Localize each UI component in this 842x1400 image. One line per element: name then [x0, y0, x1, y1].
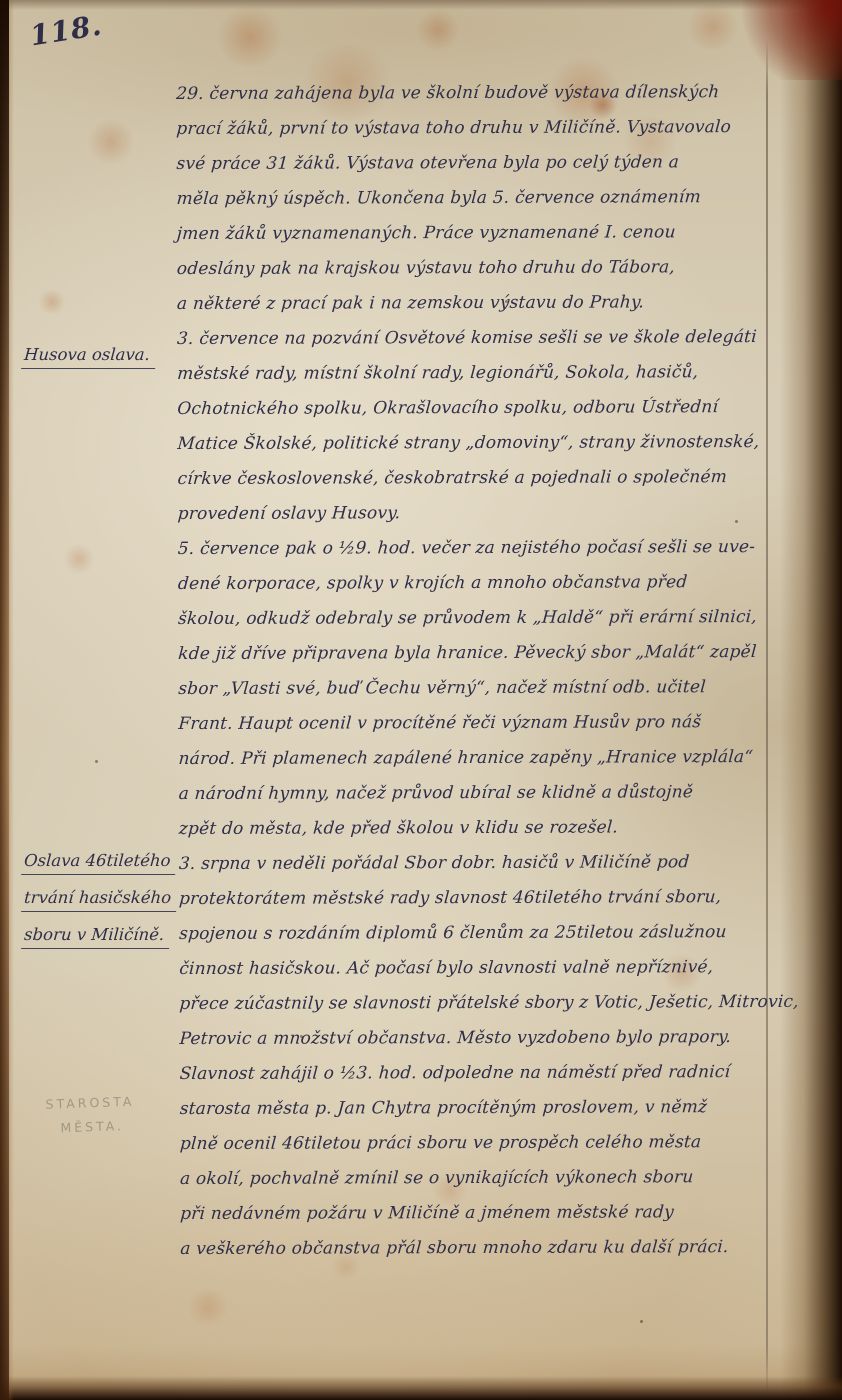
- stain: [38, 290, 66, 314]
- text-line: církve československé, českobratrské a p…: [176, 460, 778, 497]
- margin-note-oslava-sboru: Oslava 46tiletého trvání hasičského sbor…: [22, 850, 182, 961]
- stain: [685, 5, 740, 49]
- text-line: 5. července pak o ½9. hod. večer za neji…: [177, 530, 779, 567]
- stain: [185, 1290, 231, 1324]
- book-binding-edge: [0, 0, 9, 1400]
- text-line: starosta města p. Jan Chytra procítěným …: [179, 1090, 781, 1127]
- text-line: Slavnost zahájil o ½3. hod. odpoledne na…: [178, 1055, 780, 1092]
- text-line: městské rady, místní školní rady, legion…: [176, 355, 778, 392]
- text-line: při nedávném požáru v Miličíně a jménem …: [179, 1195, 781, 1232]
- text-line: 3. srpna v neděli pořádal Sbor dobr. has…: [178, 845, 780, 882]
- text-line: sbor „Vlasti své, buď Čechu věrný“, nače…: [177, 670, 779, 707]
- stain: [86, 120, 136, 164]
- text-line: Matice Školské, politické strany „domovi…: [176, 425, 778, 462]
- text-line: národ. Při plamenech zapálené hranice za…: [177, 740, 779, 777]
- scan-edge-bottom: [0, 1376, 842, 1400]
- margin-note-starosta-pencil: STAROSTA MĚSTA.: [45, 1087, 207, 1141]
- text-line: provedení oslavy Husovy.: [177, 495, 779, 532]
- text-line: měla pěkný úspěch. Ukončena byla 5. červ…: [175, 180, 777, 217]
- text-line: Petrovic a množství občanstva. Město vyz…: [178, 1020, 780, 1057]
- text-line: školou, odkudž odebraly se průvodem k „H…: [177, 600, 779, 637]
- scan-edge-right: [780, 0, 842, 1400]
- text-line: jmen žáků vyznamenaných. Práce vyznamena…: [176, 215, 778, 252]
- margin-note-line: sboru v Miličíně.: [21, 924, 171, 949]
- text-line: 29. června zahájena byla ve školní budov…: [175, 75, 777, 112]
- text-line: plně ocenil 46tiletou práci sboru ve pro…: [179, 1125, 781, 1162]
- stain: [415, 10, 461, 50]
- text-line: protektorátem městské rady slavnost 46ti…: [178, 880, 780, 917]
- margin-note-husova-oslava: Husova oslava.: [22, 344, 182, 381]
- text-line: odeslány pak na krajskou výstavu toho dr…: [176, 250, 778, 287]
- page-number: 118.: [28, 9, 104, 53]
- margin-note-line: Oslava 46tiletého: [21, 850, 177, 875]
- text-line: činnost hasičskou. Ač počasí bylo slavno…: [178, 950, 780, 987]
- text-line: kde již dříve připravena byla hranice. P…: [177, 635, 779, 672]
- speck: [640, 1320, 643, 1323]
- text-line: Ochotnického spolku, Okrašlovacího spolk…: [176, 390, 778, 427]
- text-line: prací žáků, první to výstava toho druhu …: [175, 110, 777, 147]
- text-line: a veškerého občanstva přál sboru mnoho z…: [179, 1230, 781, 1267]
- text-line: své práce 31 žáků. Výstava otevřena byla…: [175, 145, 777, 182]
- text-line: a některé z prací pak i na zemskou výsta…: [176, 285, 778, 322]
- body-text: 29. června zahájena byla ve školní budov…: [175, 75, 779, 1267]
- margin-note-line: Husova oslava.: [21, 344, 156, 369]
- text-line: 3. července na pozvání Osvětové komise s…: [176, 320, 778, 357]
- text-line: a národní hymny, načež průvod ubíral se …: [177, 775, 779, 812]
- text-line: zpět do města, kde před školou v klidu s…: [178, 810, 780, 847]
- text-line: dené korporace, spolky v krojích a mnoho…: [177, 565, 779, 602]
- text-line: spojenou s rozdáním diplomů 6 členům za …: [178, 915, 780, 952]
- stain: [62, 545, 96, 573]
- scan-corner-stain: [742, 0, 842, 80]
- chronicle-page-scan: 118. 29. června zahájena byla ve školní …: [0, 0, 842, 1400]
- scan-edge-left: [0, 0, 14, 1400]
- text-line: a okolí, pochvalně zmínil se o vynikajíc…: [179, 1160, 781, 1197]
- speck: [95, 760, 98, 763]
- margin-note-line: trvání hasičského: [21, 887, 178, 912]
- text-line: Frant. Haupt ocenil v procítěné řeči výz…: [177, 705, 779, 742]
- stain: [215, 8, 285, 66]
- pencil-note-line: MĚSTA.: [60, 1111, 207, 1140]
- text-line: přece zúčastnily se slavnosti přátelské …: [178, 985, 780, 1022]
- scan-edge-top: [0, 0, 842, 10]
